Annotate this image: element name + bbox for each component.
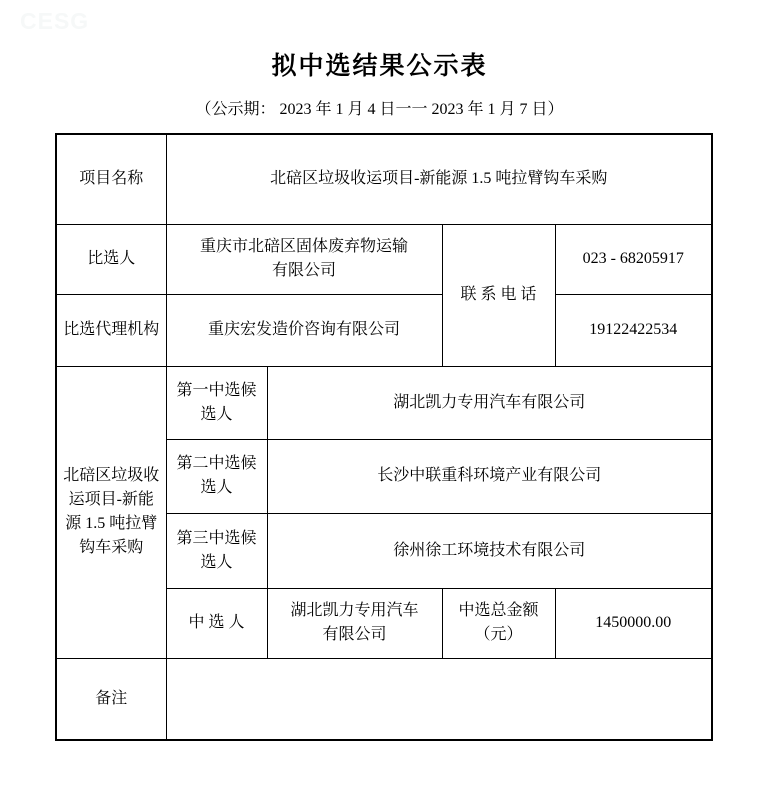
agency-label: 比选代理机构 xyxy=(56,294,166,366)
project-name-value: 北碚区垃圾收运项目-新能源 1.5 吨拉臂钩车采购 xyxy=(166,134,712,224)
cesg-watermark: CESG xyxy=(20,8,89,35)
table-row-project-name: 项目名称 北碚区垃圾收运项目-新能源 1.5 吨拉臂钩车采购 xyxy=(56,134,712,224)
table-row-comparer: 比选人 重庆市北碚区固体废弃物运输 有限公司 联 系 电 话 023 - 682… xyxy=(56,224,712,294)
contact-phone-label: 联 系 电 话 xyxy=(442,224,555,366)
candidate-1-name: 湖北凯力专用汽车有限公司 xyxy=(267,366,712,439)
winner-name: 湖北凯力专用汽车 有限公司 xyxy=(267,588,442,658)
table-row-agency: 比选代理机构 重庆宏发造价咨询有限公司 19122422534 xyxy=(56,294,712,366)
table-row-candidate-1: 北碚区垃圾收 运项目-新能 源 1.5 吨拉臂 钩车采购 第一中选候 选人 湖北… xyxy=(56,366,712,439)
table-row-remark: 备注 xyxy=(56,658,712,740)
comparer-value: 重庆市北碚区固体废弃物运输 有限公司 xyxy=(166,224,442,294)
candidate-1-label: 第一中选候 选人 xyxy=(166,366,267,439)
remark-label: 备注 xyxy=(56,658,166,740)
candidate-3-name: 徐州徐工环境技术有限公司 xyxy=(267,513,712,588)
result-table: 项目名称 北碚区垃圾收运项目-新能源 1.5 吨拉臂钩车采购 比选人 重庆市北碚… xyxy=(55,133,713,741)
winner-amount-label: 中选总金额 （元） xyxy=(442,588,555,658)
winner-label: 中 选 人 xyxy=(166,588,267,658)
publicity-period: （公示期： 2023 年 1 月 4 日一一 2023 年 1 月 7 日） xyxy=(0,99,759,121)
candidate-2-label: 第二中选候 选人 xyxy=(166,439,267,513)
remark-value xyxy=(166,658,712,740)
candidate-2-name: 长沙中联重科环境产业有限公司 xyxy=(267,439,712,513)
comparer-phone: 023 - 68205917 xyxy=(555,224,712,294)
project-name-label: 项目名称 xyxy=(56,134,166,224)
candidate-3-label: 第三中选候 选人 xyxy=(166,513,267,588)
result-project-label: 北碚区垃圾收 运项目-新能 源 1.5 吨拉臂 钩车采购 xyxy=(56,366,166,658)
agency-phone: 19122422534 xyxy=(555,294,712,366)
agency-value: 重庆宏发造价咨询有限公司 xyxy=(166,294,442,366)
page-title: 拟中选结果公示表 xyxy=(0,0,759,83)
comparer-label: 比选人 xyxy=(56,224,166,294)
winner-amount: 1450000.00 xyxy=(555,588,712,658)
